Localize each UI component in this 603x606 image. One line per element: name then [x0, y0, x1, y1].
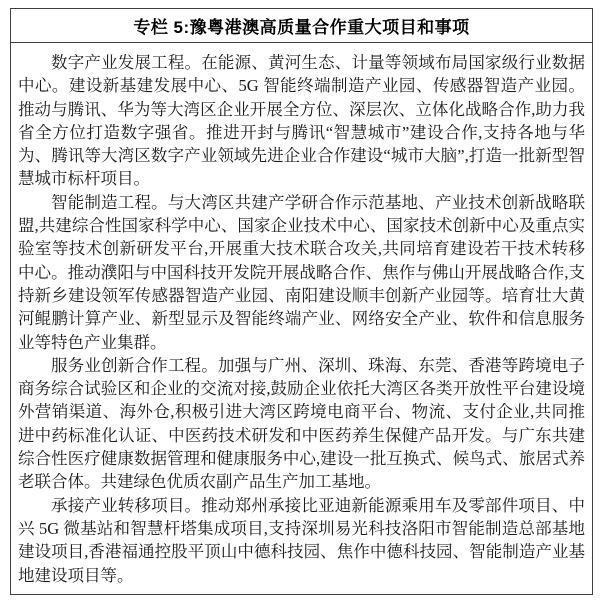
panel-title-row: 专栏 5:豫粤港澳高质量合作重大项目和事项: [11, 9, 592, 43]
paragraph-smart-manufacturing: 智能制造工程。与大湾区共建产学研合作示范基地、产业技术创新战略联盟,共建综合性国…: [18, 191, 585, 354]
panel-title: 专栏 5:豫粤港澳高质量合作重大项目和事项: [133, 13, 469, 38]
paragraph-digital-industry: 数字产业发展工程。在能源、黄河生态、计量等领域布局国家级行业数据中心。建设新基建…: [18, 51, 585, 191]
panel-body: 数字产业发展工程。在能源、黄河生态、计量等领域布局国家级行业数据中心。建设新基建…: [11, 43, 592, 587]
paragraph-industry-transfer: 承接产业转移项目。推动郑州承接比亚迪新能源乘用车及零部件项目、中兴 5G 微基站…: [18, 494, 585, 587]
paragraph-service-innovation: 服务业创新合作工程。加强与广州、深圳、珠海、东莞、香港等跨境电子商务综合试验区和…: [18, 354, 585, 494]
column-panel: 专栏 5:豫粤港澳高质量合作重大项目和事项 数字产业发展工程。在能源、黄河生态、…: [10, 8, 593, 595]
